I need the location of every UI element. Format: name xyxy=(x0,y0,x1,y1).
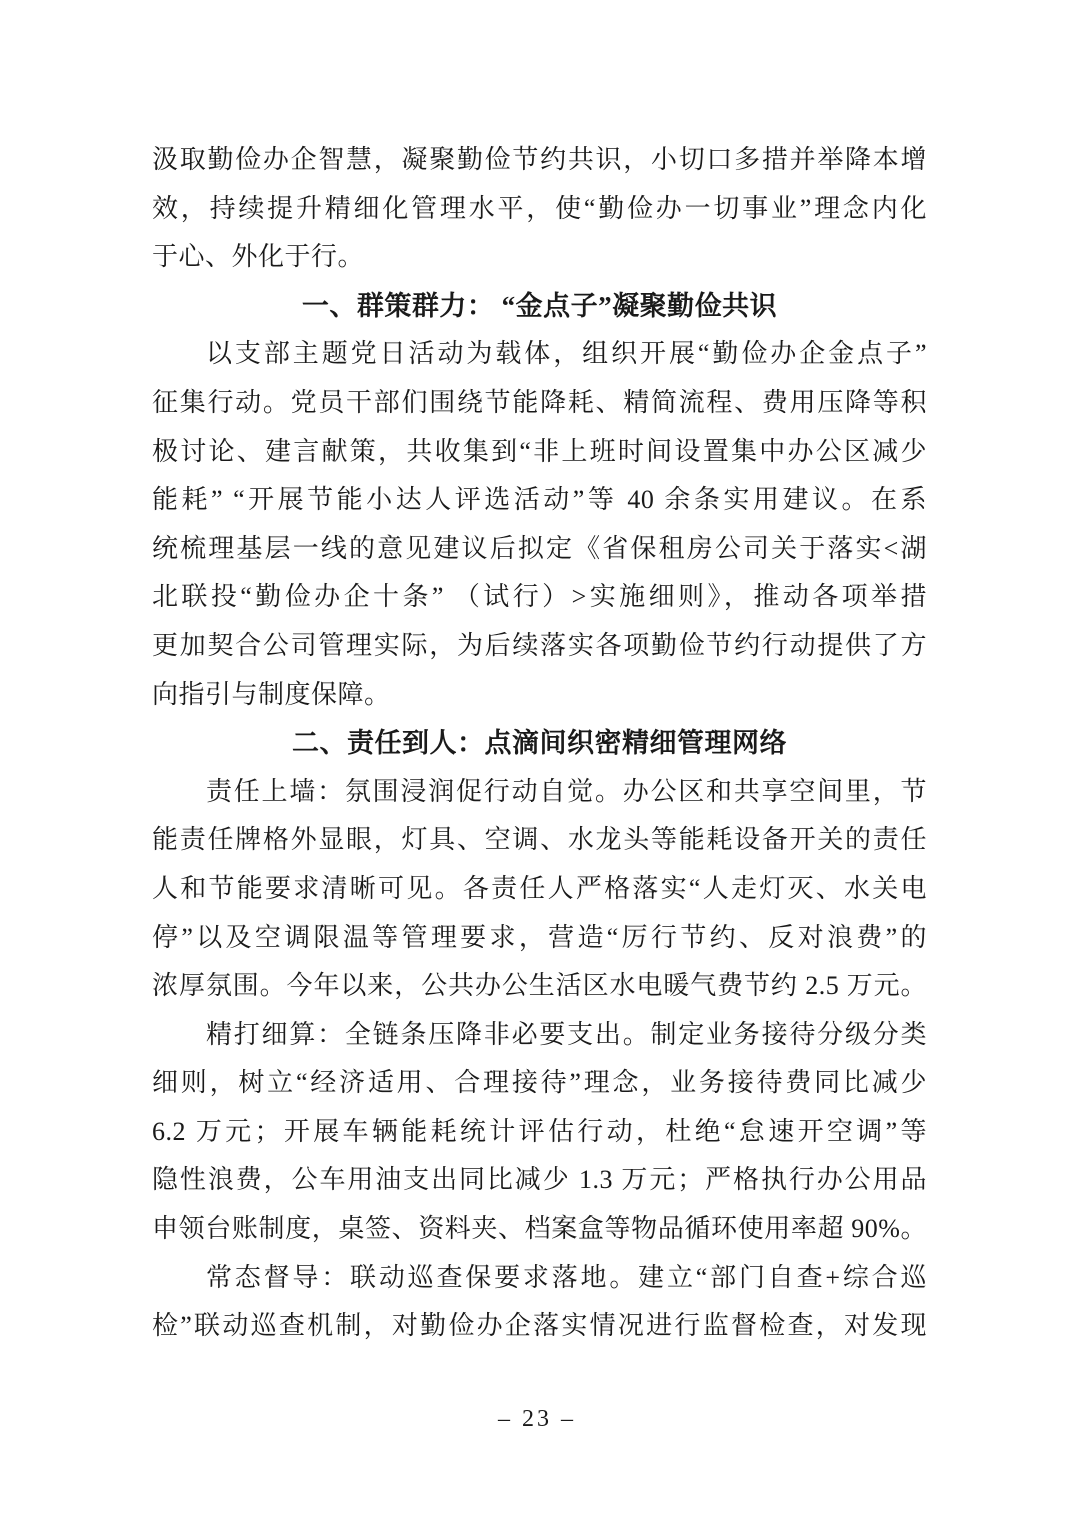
text-line: 征集行动。党员干部们围绕节能降耗、精简流程、费用压降等积 xyxy=(152,379,927,428)
text-line: 极讨论、建言献策，共收集到“非上班时间设置集中办公区减少 xyxy=(152,428,927,477)
text-line: 责任上墙：氛围浸润促行动自觉。办公区和共享空间里，节 xyxy=(152,768,927,817)
text-line: 汲取勤俭办企智慧，凝聚勤俭节约共识，小切口多措并举降本增 xyxy=(152,136,927,185)
text-line: 效，持续提升精细化管理水平，使“勤俭办一切事业”理念内化 xyxy=(152,185,927,234)
text-line: 6.2 万元；开展车辆能耗统计评估行动，杜绝“怠速开空调”等 xyxy=(152,1108,927,1157)
text-line: 更加契合公司管理实际，为后续落实各项勤俭节约行动提供了方 xyxy=(152,622,927,671)
text-line: 能耗” “开展节能小达人评选活动”等 40 余条实用建议。在系 xyxy=(152,476,927,525)
text-line: 申领台账制度，桌签、资料夹、档案盒等物品循环使用率超 90%。 xyxy=(152,1205,927,1254)
text-line: 向指引与制度保障。 xyxy=(152,671,927,720)
section-heading: 二、责任到人：点滴间织密精细管理网络 xyxy=(152,719,927,768)
page-number: – 23 – xyxy=(0,1406,1074,1433)
document-page: 汲取勤俭办企智慧，凝聚勤俭节约共识，小切口多措并举降本增效，持续提升精细化管理水… xyxy=(0,0,1074,1520)
text-line: 细则，树立“经济适用、合理接待”理念，业务接待费同比减少 xyxy=(152,1059,927,1108)
text-line: 检”联动巡查机制，对勤俭办企落实情况进行监督检查，对发现 xyxy=(152,1302,927,1351)
text-line: 统梳理基层一线的意见建议后拟定《省保租房公司关于落实<湖 xyxy=(152,525,927,574)
section-heading: 一、群策群力： “金点子”凝聚勤俭共识 xyxy=(152,282,927,331)
text-line: 于心、外化于行。 xyxy=(152,233,927,282)
text-line: 隐性浪费，公车用油支出同比减少 1.3 万元；严格执行办公用品 xyxy=(152,1156,927,1205)
text-line: 能责任牌格外显眼，灯具、空调、水龙头等能耗设备开关的责任 xyxy=(152,816,927,865)
text-line: 停”以及空调限温等管理要求，营造“厉行节约、反对浪费”的 xyxy=(152,914,927,963)
text-line: 精打细算：全链条压降非必要支出。制定业务接待分级分类 xyxy=(152,1011,927,1060)
document-body: 汲取勤俭办企智慧，凝聚勤俭节约共识，小切口多措并举降本增效，持续提升精细化管理水… xyxy=(152,136,927,1351)
text-line: 人和节能要求清晰可见。各责任人严格落实“人走灯灭、水关电 xyxy=(152,865,927,914)
text-line: 常态督导：联动巡查保要求落地。建立“部门自查+综合巡 xyxy=(152,1254,927,1303)
text-line: 浓厚氛围。今年以来，公共办公生活区水电暖气费节约 2.5 万元。 xyxy=(152,962,927,1011)
text-line: 北联投“勤俭办企十条” （试行）>实施细则》，推动各项举措 xyxy=(152,573,927,622)
text-line: 以支部主题党日活动为载体，组织开展“勤俭办企金点子” xyxy=(152,330,927,379)
